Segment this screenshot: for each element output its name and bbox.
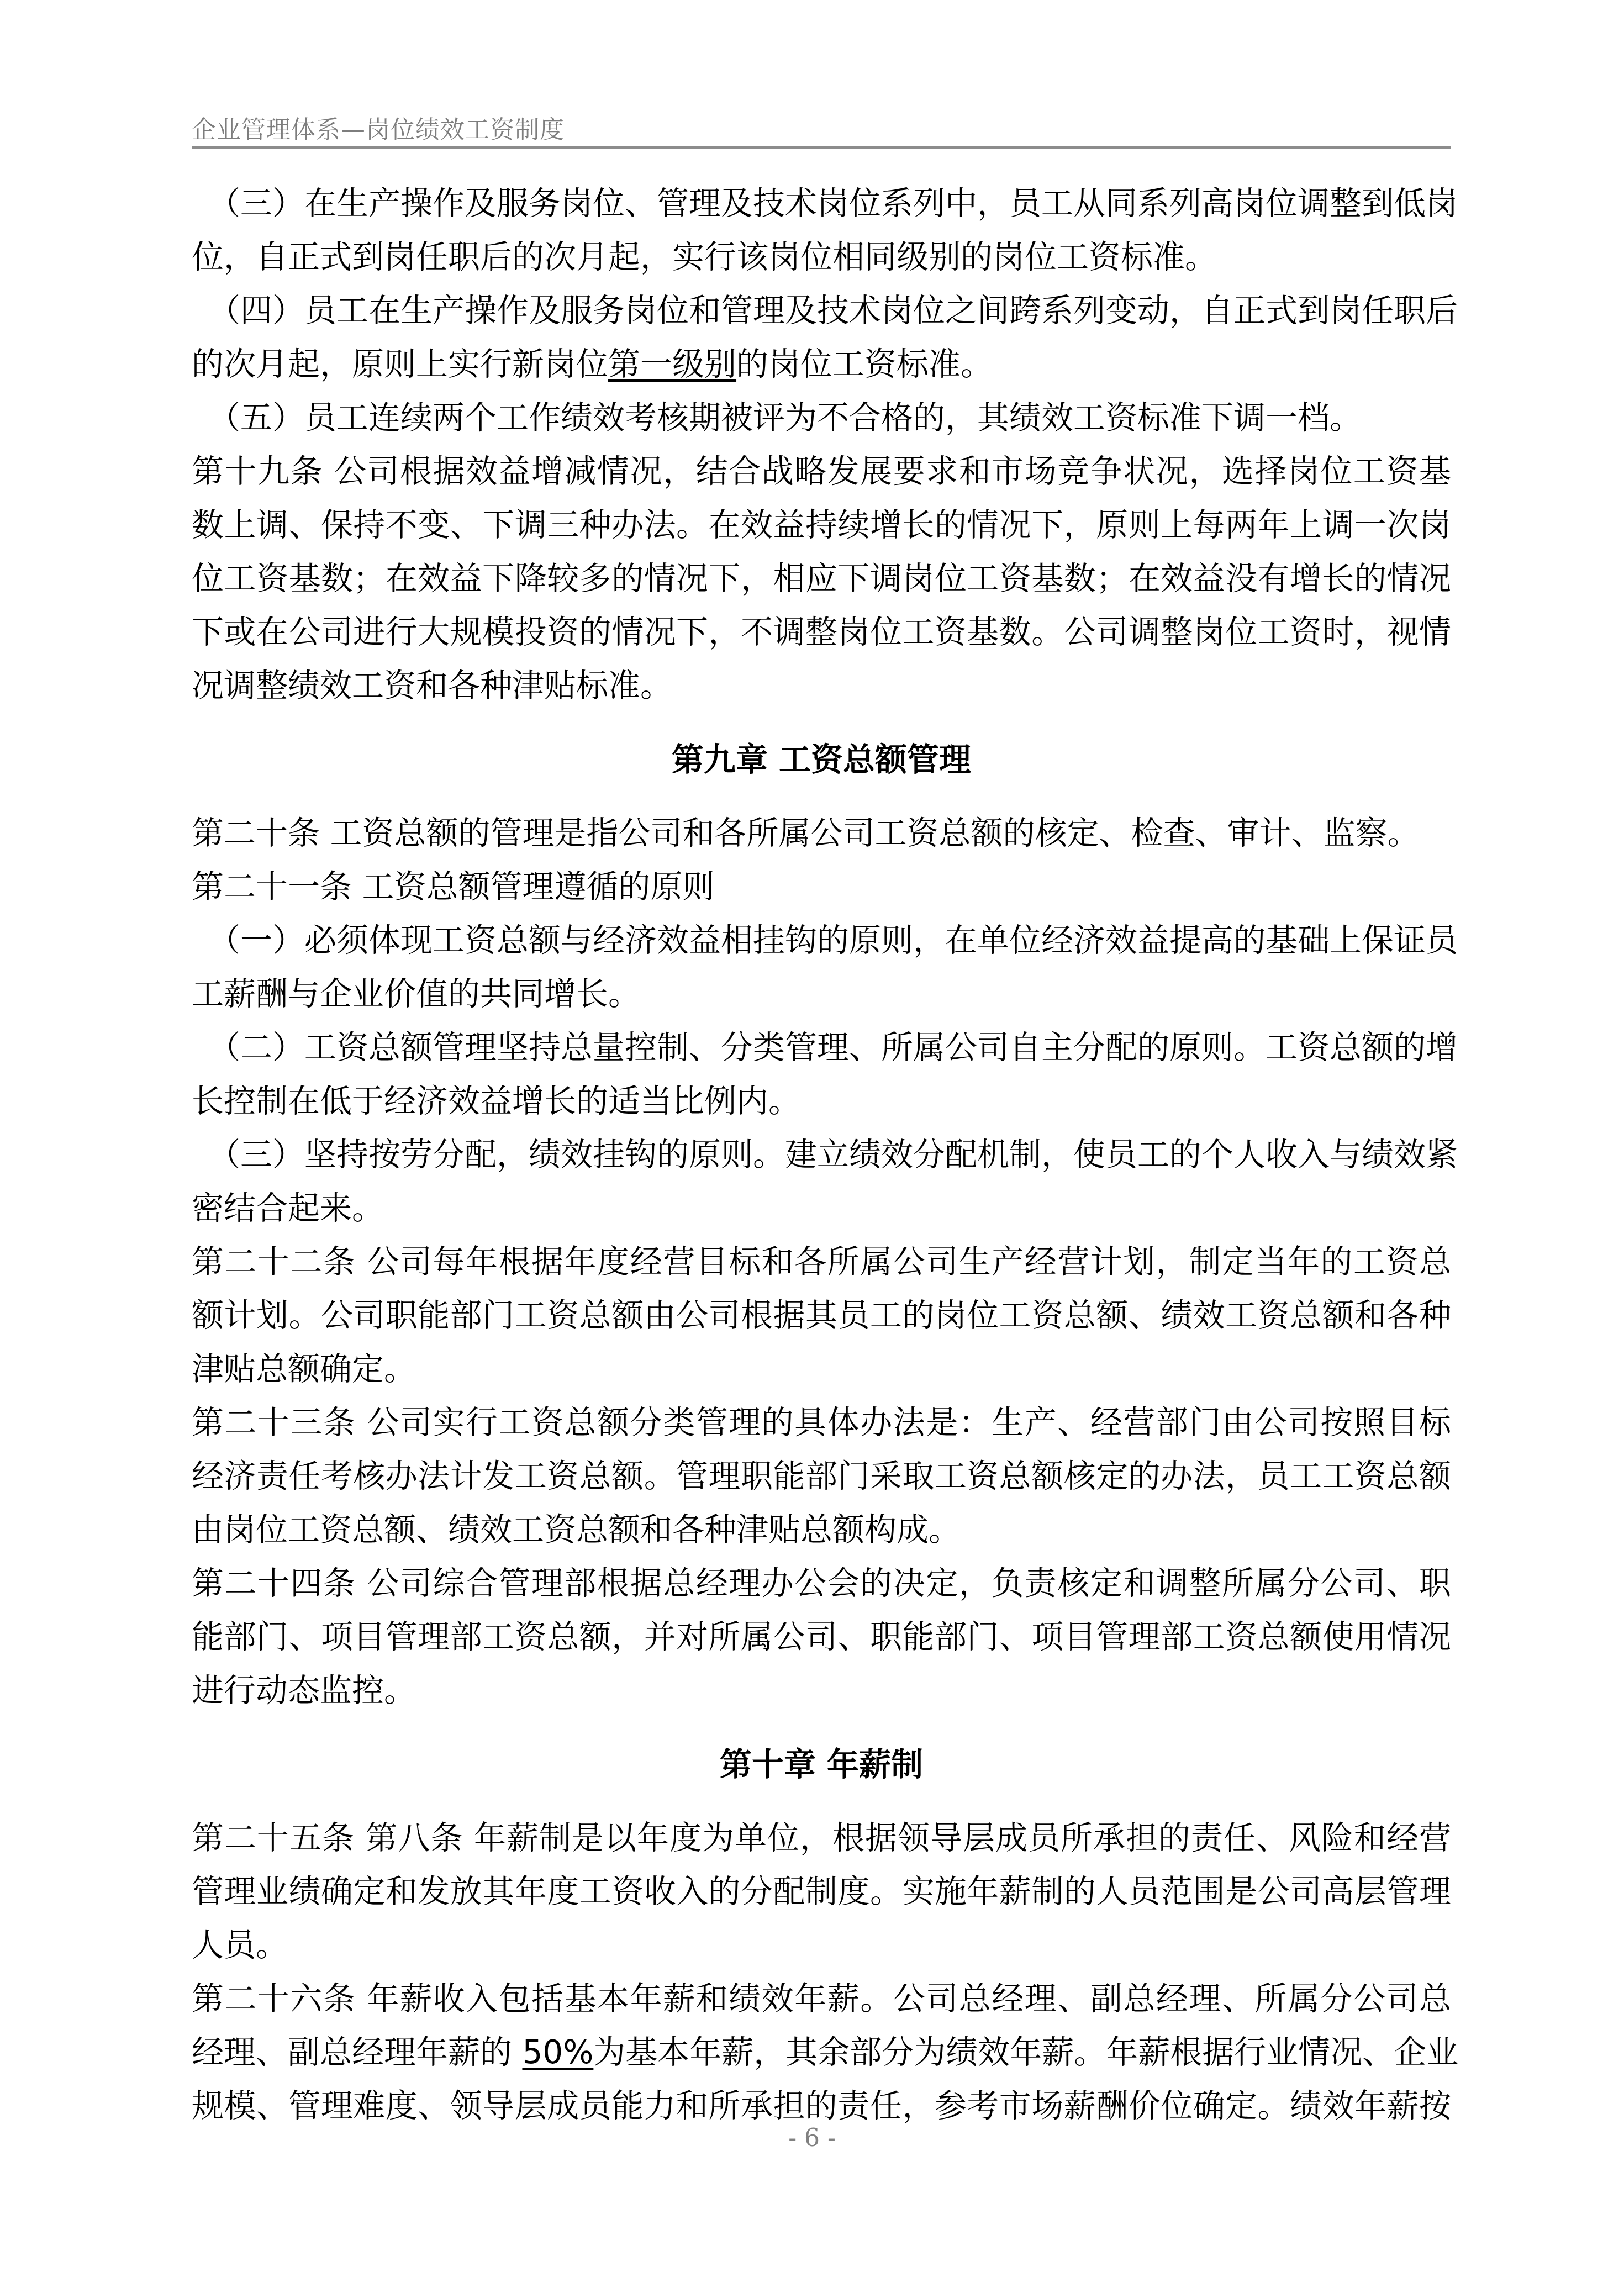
article-19-line: 下或在公司进行大规模投资的情况下，不调整岗位工资基数。公司调整岗位工资时，视情 bbox=[192, 605, 1451, 659]
article-24-line: 进行动态监控。 bbox=[192, 1664, 1451, 1717]
article-23-line: 第二十三条 公司实行工资总额分类管理的具体办法是：生产、经营部门由公司按照目标 bbox=[192, 1396, 1451, 1449]
chapter-heading-9: 第九章 工资总额管理 bbox=[192, 713, 1451, 806]
running-header: 企业管理体系—岗位绩效工资制度 bbox=[192, 113, 1451, 149]
article-19-line: 数上调、保持不变、下调三种办法。在效益持续增长的情况下，原则上每两年上调一次岗 bbox=[192, 498, 1451, 552]
article-23-line: 经济责任考核办法计发工资总额。管理职能部门采取工资总额核定的办法，员工工资总额 bbox=[192, 1449, 1451, 1503]
page-number: - 6 - bbox=[0, 2124, 1624, 2152]
article-21-item-line: （一）必须体现工资总额与经济效益相挂钩的原则，在单位经济效益提高的基础上保证员 bbox=[192, 914, 1451, 967]
article-21-item-line: 工薪酬与企业价值的共同增长。 bbox=[192, 967, 1451, 1021]
article-21-item-line: （二）工资总额管理坚持总量控制、分类管理、所属公司自主分配的原则。工资总额的增 bbox=[192, 1021, 1451, 1074]
text-run: 为基本年薪，其余部分为绩效年薪。年薪根据行业情况、企业 bbox=[593, 2033, 1458, 2071]
text-run: 的次月起，原则上实行新岗位 bbox=[192, 345, 608, 383]
paragraph-line: （四）员工在生产操作及服务岗位和管理及技术岗位之间跨系列变动，自正式到岗任职后 bbox=[192, 284, 1451, 338]
underlined-text: 50% bbox=[522, 2033, 593, 2071]
article-19-line: 况调整绩效工资和各种津贴标准。 bbox=[192, 659, 1451, 713]
article-21-item-line: 密结合起来。 bbox=[192, 1182, 1451, 1235]
article-25-line: 第二十五条 第八条 年薪制是以年度为单位，根据领导层成员所承担的责任、风险和经营 bbox=[192, 1811, 1451, 1865]
article-20-line: 第二十条 工资总额的管理是指公司和各所属公司工资总额的核定、检查、审计、监察。 bbox=[192, 806, 1451, 860]
document-page: 企业管理体系—岗位绩效工资制度 （三）在生产操作及服务岗位、管理及技术岗位系列中… bbox=[0, 0, 1624, 2288]
paragraph-line: 位，自正式到岗任职后的次月起，实行该岗位相同级别的岗位工资标准。 bbox=[192, 230, 1451, 284]
article-22-line: 额计划。公司职能部门工资总额由公司根据其员工的岗位工资总额、绩效工资总额和各种 bbox=[192, 1289, 1451, 1342]
article-23-line: 由岗位工资总额、绩效工资总额和各种津贴总额构成。 bbox=[192, 1503, 1451, 1557]
article-22-line: 第二十二条 公司每年根据年度经营目标和各所属公司生产经营计划，制定当年的工资总 bbox=[192, 1235, 1451, 1289]
text-run: 的岗位工资标准。 bbox=[736, 345, 993, 383]
chapter-heading-10: 第十章 年薪制 bbox=[192, 1717, 1451, 1811]
paragraph-line: （五）员工连续两个工作绩效考核期被评为不合格的，其绩效工资标准下调一档。 bbox=[192, 391, 1451, 445]
paragraph-line: 的次月起，原则上实行新岗位第一级别的岗位工资标准。 bbox=[192, 338, 1451, 391]
underlined-text: 第一级别 bbox=[608, 345, 736, 383]
text-run: 经理、副总经理年薪的 bbox=[192, 2033, 522, 2071]
article-24-line: 能部门、项目管理部工资总额，并对所属公司、职能部门、项目管理部工资总额使用情况 bbox=[192, 1610, 1451, 1664]
article-25-line: 管理业绩确定和发放其年度工资收入的分配制度。实施年薪制的人员范围是公司高层管理 bbox=[192, 1865, 1451, 1918]
article-21-item-line: 长控制在低于经济效益增长的适当比例内。 bbox=[192, 1074, 1451, 1128]
article-19-line: 第十九条 公司根据效益增减情况，结合战略发展要求和市场竞争状况，选择岗位工资基 bbox=[192, 445, 1451, 498]
paragraph-line: （三）在生产操作及服务岗位、管理及技术岗位系列中，员工从同系列高岗位调整到低岗 bbox=[192, 177, 1451, 230]
header-title: 企业管理体系—岗位绩效工资制度 bbox=[192, 110, 565, 145]
article-19-line: 位工资基数；在效益下降较多的情况下，相应下调岗位工资基数；在效益没有增长的情况 bbox=[192, 552, 1451, 605]
article-22-line: 津贴总额确定。 bbox=[192, 1342, 1451, 1396]
article-25-line: 人员。 bbox=[192, 1918, 1451, 1972]
article-26-line: 第二十六条 年薪收入包括基本年薪和绩效年薪。公司总经理、副总经理、所属分公司总 bbox=[192, 1972, 1451, 2026]
article-26-line: 经理、副总经理年薪的 50%为基本年薪，其余部分为绩效年薪。年薪根据行业情况、企… bbox=[192, 2026, 1451, 2079]
document-body: （三）在生产操作及服务岗位、管理及技术岗位系列中，员工从同系列高岗位调整到低岗 … bbox=[192, 177, 1451, 2133]
article-24-line: 第二十四条 公司综合管理部根据总经理办公会的决定，负责核定和调整所属分公司、职 bbox=[192, 1557, 1451, 1610]
article-21-heading: 第二十一条 工资总额管理遵循的原则 bbox=[192, 860, 1451, 914]
article-21-item-line: （三）坚持按劳分配，绩效挂钩的原则。建立绩效分配机制，使员工的个人收入与绩效紧 bbox=[192, 1128, 1451, 1182]
